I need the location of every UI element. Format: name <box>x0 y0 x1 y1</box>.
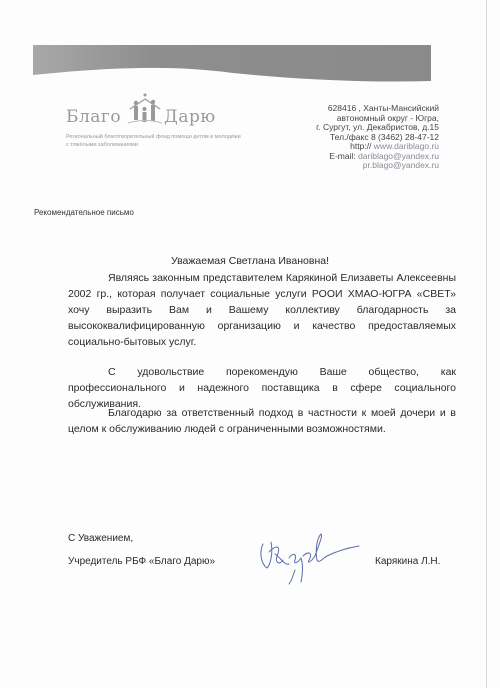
logo-word-blago: Благо <box>66 107 121 127</box>
contact-block: 628416 , Ханты-Мансийский автономный окр… <box>316 104 439 171</box>
email-link-1[interactable]: dariblago@yandex.ru <box>358 151 439 161</box>
email-label: E-mail: <box>329 151 355 161</box>
closing-phrase: С Уважением, <box>68 533 133 544</box>
logo-word-daryu: Дарю <box>164 107 216 127</box>
website-link[interactable]: www.dariblago.ru <box>374 141 439 151</box>
paragraph-text: С удовольствие порекомендую Ваше обществ… <box>68 366 456 410</box>
website-label: http:// <box>350 141 371 151</box>
signer-name: Карякина Л.Н. <box>375 556 440 567</box>
organization-logo: Благо Дарю Региональный благотворительны… <box>56 93 246 155</box>
handwritten-signature <box>255 530 365 585</box>
body-paragraph-3: Благодарю за ответственный подход в част… <box>68 405 456 437</box>
salutation: Уважаемая Светлана Ивановна! <box>0 255 500 267</box>
document-type-label: Рекомендательное письмо <box>34 208 134 217</box>
signer-title: Учредитель РБФ «Благо Дарю» <box>68 556 215 567</box>
page-edge-line <box>486 0 487 688</box>
organization-tagline: Региональный благотворительный фонд помо… <box>66 133 241 149</box>
email-link-2[interactable]: pr.blago@yandex.ru <box>316 161 439 171</box>
paragraph-text: Являясь законным представителем Карякино… <box>68 272 456 348</box>
paragraph-text: Благодарю за ответственный подход в част… <box>68 407 456 435</box>
family-figures-icon <box>126 93 164 127</box>
body-paragraph-1: Являясь законным представителем Карякино… <box>68 270 456 350</box>
letterhead-banner <box>33 45 431 87</box>
